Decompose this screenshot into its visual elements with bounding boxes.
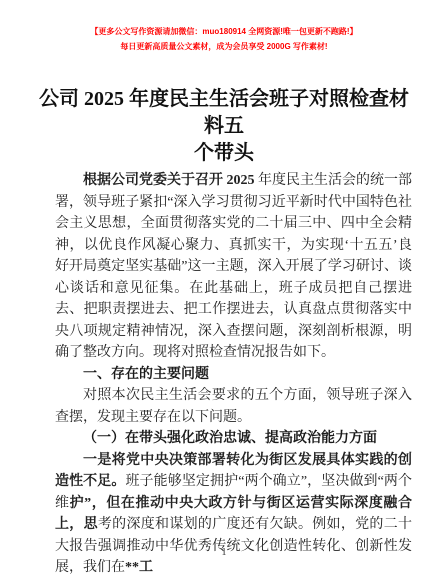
section-heading: （一）在带头强化政治忠诚、提高政治能力方面 [55,428,412,450]
page-number: 1 [0,547,448,558]
bold-text-run: 一、存在的主要问题 [83,367,209,382]
section-heading: 一、存在的主要问题 [55,364,412,386]
document-title: 公司 2025 年度民主生活会班子对照检查材料五 个带头 [0,86,448,167]
promo-banner: 【更多公文写作资源请加微信：muo180914 全网资源!唯一包更新不跑路!】 … [0,0,448,54]
bold-text-run: **工 [125,560,153,575]
document-page: 【更多公文写作资源请加微信：muo180914 全网资源!唯一包更新不跑路!】 … [0,0,448,580]
body-paragraph: 对照本次民主生活会要求的五个方面，领导班子深入查摆，发现主要存在以下问题。 [55,385,412,428]
text-run: 年度民主生活会的统一部署，领导班子紧扣“深入学习贯彻习近平新时代中国特色社会主义… [55,173,412,360]
promo-line-1: 【更多公文写作资源请加微信：muo180914 全网资源!唯一包更新不跑路!】 [0,24,448,39]
promo-line-2: 每日更新高质量公文素材，成为会员享受 2000G 写作素材! [0,39,448,54]
document-title-line-1: 公司 2025 年度民主生活会班子对照检查材料五 [30,86,418,140]
body-paragraph: 一是将党中央决策部署转化为街区发展具体实践的创造性不足。班子能够坚定拥护“两个确… [55,450,412,579]
text-run: 考的深度和谋划的广度还有欠缺。例如，党的二十大报告强调推动中华优秀传统文化创造性… [55,517,412,575]
bold-text-run: （一）在带头强化政治忠诚、提高政治能力方面 [83,431,377,446]
bold-text-run: 根据公司党委关于召开 2025 [83,173,258,188]
text-run: 对照本次民主生活会要求的五个方面，领导班子深入查摆，发现主要存在以下问题。 [55,388,412,425]
document-body: 根据公司党委关于召开 2025 年度民主生活会的统一部署，领导班子紧扣“深入学习… [0,170,448,579]
document-title-line-2: 个带头 [30,140,418,167]
body-paragraph: 根据公司党委关于召开 2025 年度民主生活会的统一部署，领导班子紧扣“深入学习… [55,170,412,364]
